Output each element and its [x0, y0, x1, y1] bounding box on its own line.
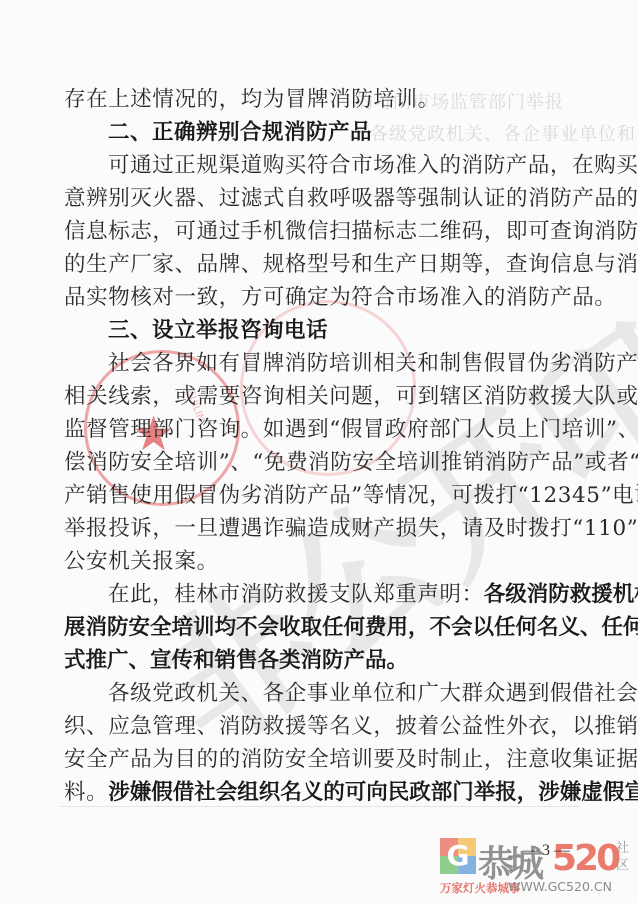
text-line: 举报投诉，一旦遭遇诈骗造成财产损失，请及时拨打“110”向 — [64, 512, 580, 545]
site-logo-icon: G — [440, 838, 476, 874]
text-line: 的生产厂家、品牌、规格型号和生产日期等，查询信息与消防产 — [64, 248, 580, 281]
text-line: 存在上述情况的，均为冒牌消防培训。 — [64, 83, 580, 116]
statement-emphasis-line: 式推广、宣传和销售各类消防产品。 — [64, 644, 580, 677]
section-heading-3: 三、设立举报咨询电话 — [108, 314, 580, 347]
site-suffix: 社区 — [616, 840, 632, 874]
document-page: 的可向市场监管部门举报 各级党政机关、各企事业单位和 非公开印 ★ GUILIN… — [0, 0, 638, 903]
section-heading-2: 二、正确辨别合规消防产品 — [108, 116, 580, 149]
text-line: 产销售使用假冒伪劣消防产品”等情况，可拨打“12345”电话 — [64, 479, 580, 512]
text-line: 各级党政机关、各企事业单位和广大群众遇到假借社会组 — [108, 677, 580, 710]
site-url: WWW.GC520.CN — [508, 879, 612, 894]
text-line: 品实物核对一致，方可确定为符合市场准入的消防产品。 — [64, 281, 580, 314]
text-line: 织、应急管理、消防救援等名义，披着公益性外衣，以推销消防 — [64, 710, 580, 743]
closing-emphasis: 涉嫌假借社会组织名义的可向民政部门举报，涉嫌虚假宣传 — [108, 780, 638, 805]
statement-emphasis-line: 展消防安全培训均不会收取任何费用，不会以任何名义、任何方 — [64, 611, 580, 644]
statement-emphasis: 各级消防救援机构开 — [484, 582, 638, 607]
text-line: 料。涉嫌假借社会组织名义的可向民政部门举报，涉嫌虚假宣传 — [64, 776, 580, 809]
text-line: 可通过正规渠道购买符合市场准入的消防产品，在购买时注 — [108, 149, 580, 182]
text-line: 信息标志，可通过手机微信扫描标志二维码，即可查询消防产品 — [64, 215, 580, 248]
footer-divider — [60, 806, 580, 807]
statement-line: 在此，桂林市消防救援支队郑重声明：各级消防救援机构开 — [108, 578, 580, 611]
text-line: 公安机关报案。 — [64, 545, 580, 578]
closing-normal: 料。 — [64, 780, 108, 805]
statement-intro: 在此，桂林市消防救援支队郑重声明： — [108, 582, 484, 607]
text-line: 意辨别灭火器、过滤式自救呼吸器等强制认证的消防产品的身份 — [64, 182, 580, 215]
text-line: 监督管理部门咨询。如遇到“假冒政府部门人员上门培训”、“有 — [64, 413, 580, 446]
text-line: 社会各界如有冒牌消防培训相关和制售假冒伪劣消防产品 — [108, 347, 580, 380]
text-line: 安全产品为目的的消防安全培训要及时制止，注意收集证据资 — [64, 743, 580, 776]
text-line: 相关线索，或需要咨询相关问题，可到辖区消防救援大队或市场 — [64, 380, 580, 413]
text-line: 偿消防安全培训”、“免费消防安全培训推销消防产品”或者“生 — [64, 446, 580, 479]
site-logo-letter: G — [440, 838, 476, 874]
page-number: — 3 — — [522, 842, 570, 860]
